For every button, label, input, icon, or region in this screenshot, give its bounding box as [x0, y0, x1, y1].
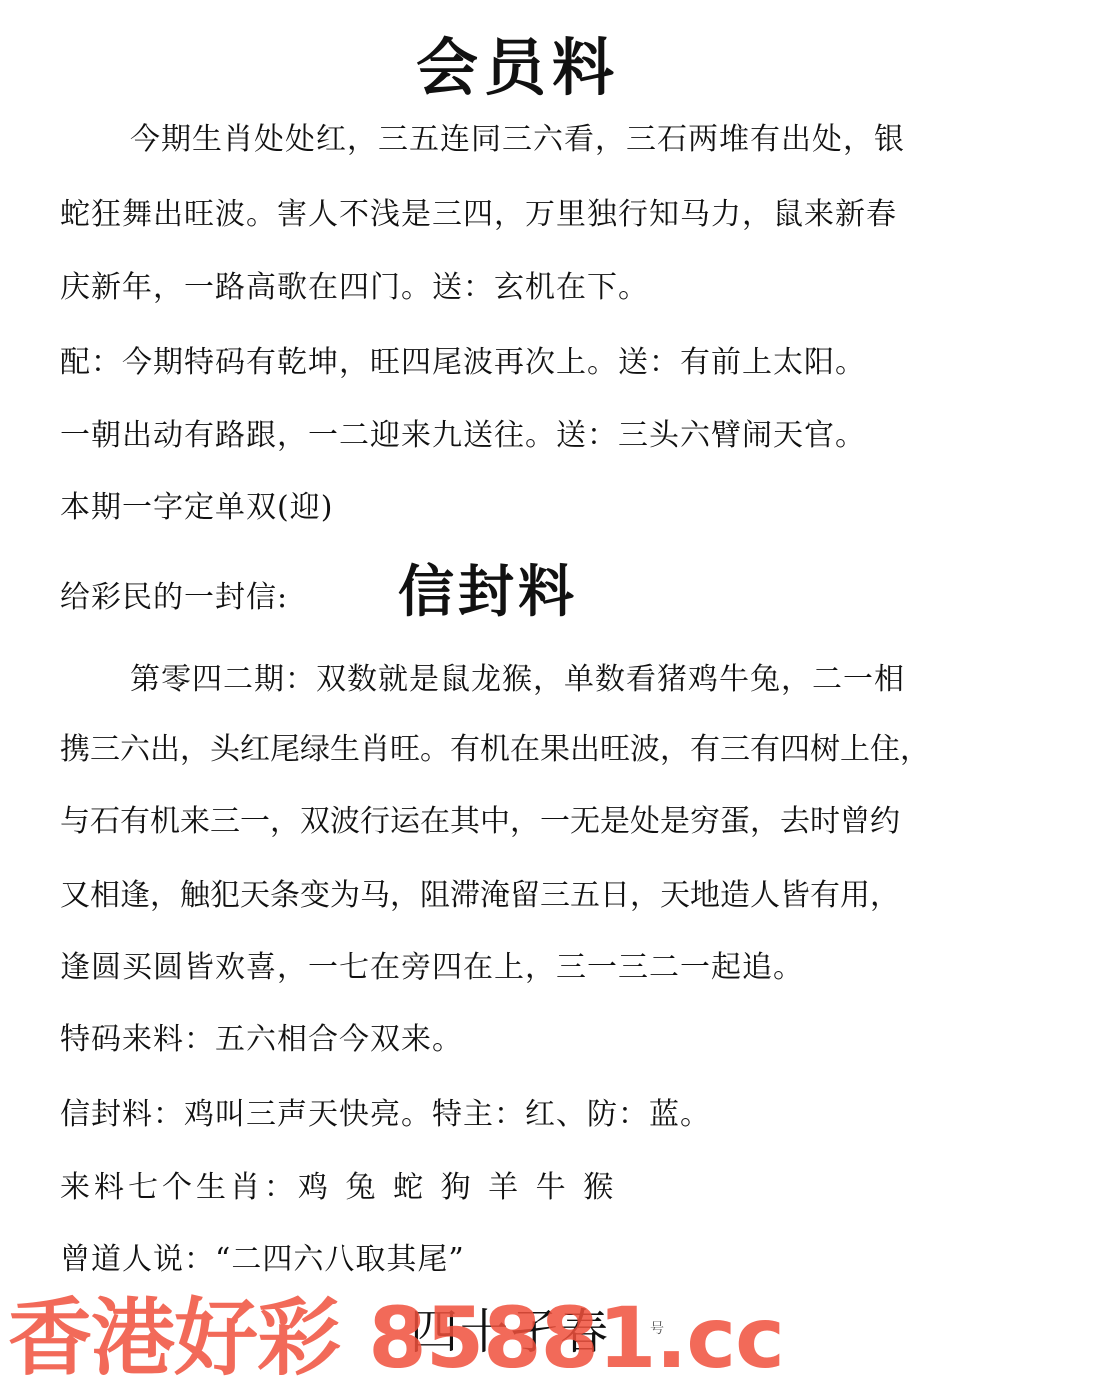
- text-line: 携三六出，头红尾绿生肖旺。有机在果出旺波，有三有四树上住，: [60, 732, 930, 768]
- text-line: 蛇狂舞出旺波。害人不浅是三四，万里独行知马力，鼠来新春: [60, 197, 897, 233]
- section-title-envelope: 信封料: [398, 548, 578, 628]
- text-line: 本期一字定单双(迎): [60, 490, 333, 526]
- section-title-member: 会员料: [416, 18, 620, 107]
- watermark: 香港好彩 85881.cc: [8, 1290, 784, 1386]
- text-line: 配：今期特码有乾坤，旺四尾波再次上。送：有前上太阳。: [60, 345, 866, 381]
- text-line: 庆新年，一路高歌在四门。送：玄机在下。: [60, 270, 649, 306]
- letter-intro: 给彩民的一封信:: [60, 580, 288, 616]
- text-line: 来料七个生肖：鸡 兔 蛇 狗 羊 牛 猴: [60, 1170, 617, 1206]
- text-line: 一朝出动有路跟，一二迎来九送往。送：三头六臂闹天官。: [60, 418, 866, 454]
- text-line: 曾道人说：“二四六八取其尾”: [60, 1242, 465, 1278]
- text-line: 逢圆买圆皆欢喜，一七在旁四在上，三一三二一起追。: [60, 950, 804, 986]
- text-line: 特码来料：五六相合今双来。: [60, 1022, 463, 1058]
- text-line: 第零四二期：双数就是鼠龙猴，单数看猪鸡牛兔，二一相: [130, 662, 905, 698]
- text-line: 又相逢，触犯天条变为马，阻滞淹留三五日，天地造人皆有用，: [60, 878, 900, 914]
- document-page: 会员料 今期生肖处处红，三五连同三六看，三石两堆有出处，银 蛇狂舞出旺波。害人不…: [0, 0, 1116, 1388]
- text-line: 今期生肖处处红，三五连同三六看，三石两堆有出处，银: [130, 122, 905, 158]
- text-line: 与石有机来三一，双波行运在其中，一无是处是穷蛋，去时曾约: [60, 804, 900, 840]
- text-line: 信封料：鸡叫三声天快亮。特主：红、防：蓝。: [60, 1097, 711, 1133]
